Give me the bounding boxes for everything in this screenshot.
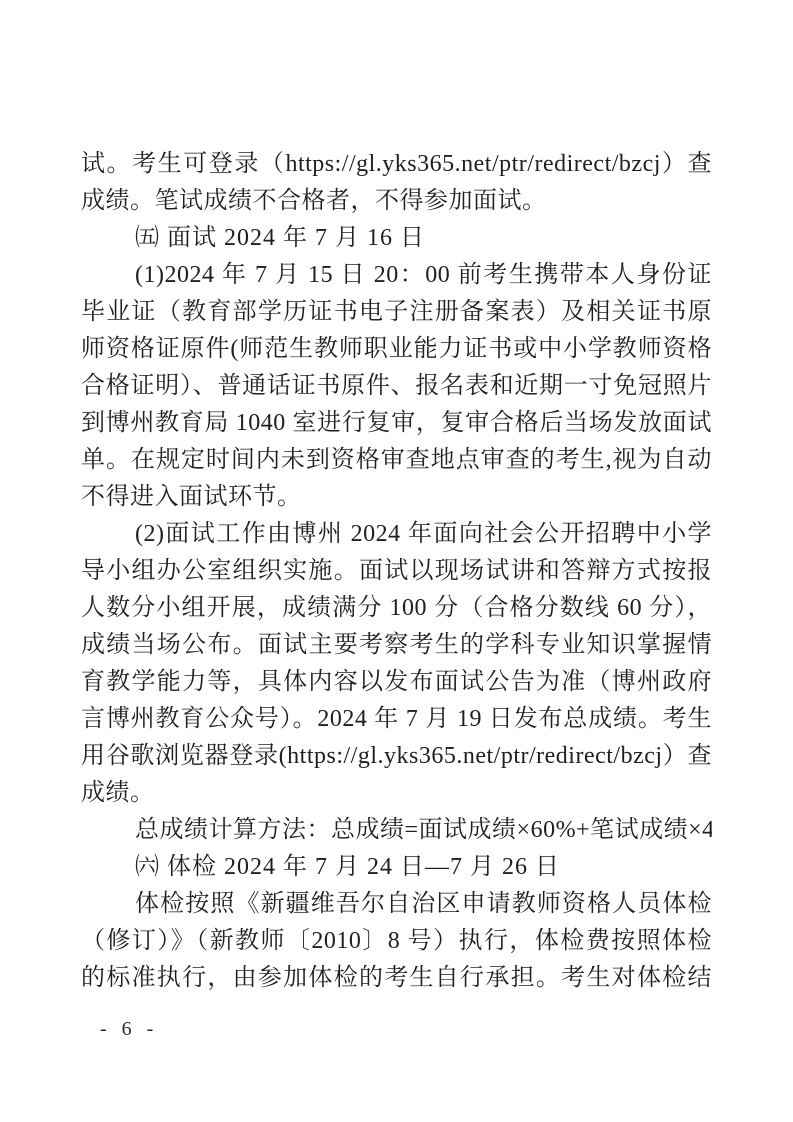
document-page: 试。考生可登录（https://gl.yks365.net/ptr/redire… xyxy=(0,0,793,1122)
text-line: 导小组办公室组织实施。面试以现场试讲和答辩方式按报考学科 xyxy=(81,553,712,590)
text-line: 体检按照《新疆维吾尔自治区申请教师资格人员体检办法 xyxy=(81,886,712,923)
text-line: 合格证明）、普通话证书原件、报名表和近期一寸免冠照片 1 张， xyxy=(81,368,712,405)
text-line: 成绩当场公布。面试主要考察考生的学科专业知识掌握情况和教 xyxy=(81,627,712,664)
text-line: 试。考生可登录（https://gl.yks365.net/ptr/redire… xyxy=(81,146,712,183)
total-score-formula: 总成绩计算方法：总成绩=面试成绩×60%+笔试成绩×40%。 xyxy=(81,812,712,849)
page-number: - 6 - xyxy=(100,1018,158,1041)
section-heading-medical-exam: ㈥ 体检 2024 年 7 月 24 日—7 月 26 日 xyxy=(81,849,712,886)
text-line: 不得进入面试环节。 xyxy=(81,479,712,516)
text-line: 言博州教育公众号）。2024 年 7 月 19 日发布总成绩。考生可使 xyxy=(81,701,712,738)
section-heading-interview: ㈤ 面试 2024 年 7 月 16 日 xyxy=(81,220,712,257)
text-line: 的标准执行，由参加体检的考生自行承担。考生对体检结果有异 xyxy=(81,960,712,997)
text-line: 用谷歌浏览器登录(https://gl.yks365.net/ptr/redir… xyxy=(81,738,712,775)
text-line: 师资格证原件(师范生教师职业能力证书或中小学教师资格考试 xyxy=(81,331,712,368)
text-line: 单。在规定时间内未到资格审查地点审查的考生,视为自动放弃， xyxy=(81,442,712,479)
text-line: 成绩。笔试成绩不合格者，不得参加面试。 xyxy=(81,183,712,220)
text-line: 毕业证（教育部学历证书电子注册备案表）及相关证书原件、教 xyxy=(81,294,712,331)
text-line: 成绩。 xyxy=(81,775,712,812)
text-line: 人数分小组开展，成绩满分 100 分（合格分数线 60 分），面试 xyxy=(81,590,712,627)
text-line: (1)2024 年 7 月 15 日 20：00 前考生携带本人身份证原件、 xyxy=(81,257,712,294)
text-line: 育教学能力等，具体内容以发布面试公告为准（博州政府网、微 xyxy=(81,664,712,701)
document-body: 试。考生可登录（https://gl.yks365.net/ptr/redire… xyxy=(81,146,712,997)
text-line: (2)面试工作由博州 2024 年面向社会公开招聘中小学教师领 xyxy=(81,516,712,553)
text-line: （修订）》（新教师〔2010〕8 号）执行，体检费按照体检医院 xyxy=(81,923,712,960)
text-line: 到博州教育局 1040 室进行复审，复审合格后当场发放面试通知 xyxy=(81,405,712,442)
